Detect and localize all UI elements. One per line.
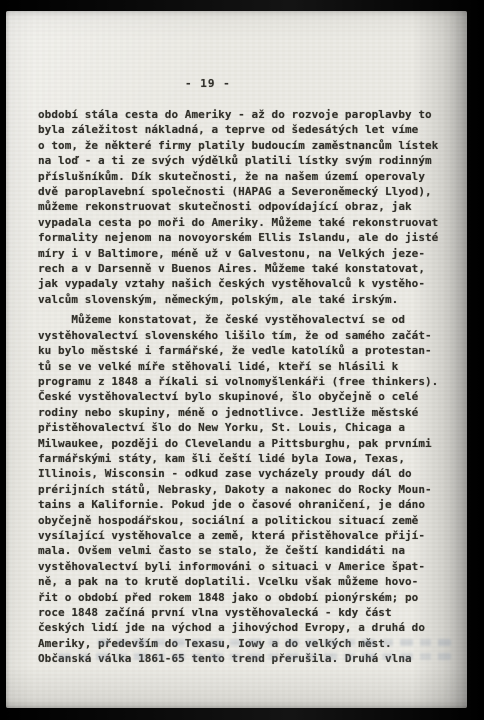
document-page: - 19 - období stála cesta do Ameriky - a… <box>6 11 467 708</box>
paragraph-1: období stála cesta do Ameriky - až do ro… <box>38 107 447 307</box>
paragraph-2: Můžeme konstatovat, že české vystěhovale… <box>38 312 447 666</box>
body-text: období stála cesta do Ameriky - až do ro… <box>38 107 447 667</box>
page-number: - 19 - <box>185 77 231 91</box>
scanned-page-photo: - 19 - období stála cesta do Ameriky - a… <box>0 0 484 720</box>
